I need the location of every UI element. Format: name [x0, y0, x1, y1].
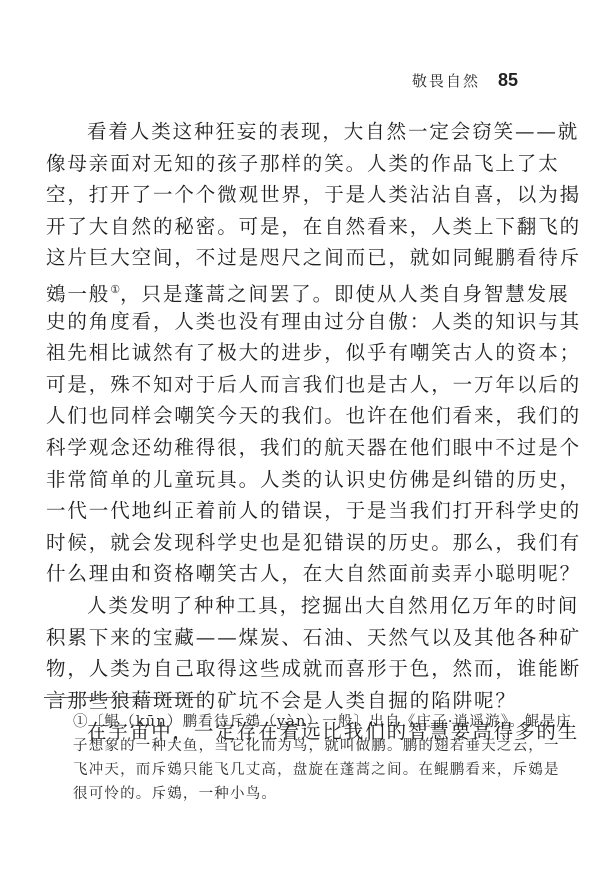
body-line: 时候，就会发现科学史也是犯错误的历史。那么，我们有	[46, 527, 520, 559]
body-line: 一代一代地纠正着前人的错误，于是当我们打开科学史的	[46, 495, 520, 527]
body-line: 积累下来的宝藏——煤炭、石油、天然气以及其他各种矿	[46, 622, 520, 654]
body-line: 史的角度看，人类也没有理由过分自傲：人类的知识与其	[46, 306, 520, 338]
text-run: ，只是蓬蒿之间罢了。即使从人类自身智慧发展	[120, 282, 569, 305]
text-run: 鴳一般	[46, 282, 110, 305]
body-line: 科学观念还幼稚得很，我们的航天器在他们眼中不过是个	[46, 432, 520, 464]
body-line: 人们也同样会嘲笑今天的我们。也许在他们看来，我们的	[46, 400, 520, 432]
body-line: 物，人类为自己取得这些成就而喜形于色，然而，谁能断	[46, 653, 520, 685]
body-line: 鴳一般①，只是蓬蒿之间罢了。即使从人类自身智慧发展	[46, 274, 520, 306]
page-number: 85	[498, 70, 518, 91]
body-line: 人类发明了种种工具，挖掘出大自然用亿万年的时间	[46, 590, 520, 622]
footnote-line: 很可怜的。斥鴳，一种小鸟。	[73, 782, 518, 806]
footnote-divider	[44, 697, 202, 698]
body-line: 什么理由和资格嘲笑古人，在大自然面前卖弄小聪明呢？	[46, 558, 520, 590]
body-line: 这片巨大空间，不过是咫尺之间而已，就如同鲲鹏看待斥	[46, 242, 520, 274]
footnote-reference[interactable]: ①	[110, 283, 120, 296]
body-line: 非常简单的儿童玩具。人类的认识史仿佛是纠错的历史，	[46, 464, 520, 496]
footnote: ①〔鲲（kūn）鹏看待斥鴳（yàn）一般〕出自《庄子·逍遥游》。鲲是庄 子想象的…	[73, 710, 518, 806]
body-line: 祖先相比诚然有了极大的进步，似乎有嘲笑古人的资本；	[46, 337, 520, 369]
body-line: 开了大自然的秘密。可是，在自然看来，人类上下翻飞的	[46, 211, 520, 243]
body-line: 空，打开了一个个微观世界，于是人类沾沾自喜，以为揭	[46, 179, 520, 211]
body-line: 看着人类这种狂妄的表现，大自然一定会窃笑——就	[46, 116, 520, 148]
section-title: 敬畏自然	[412, 70, 480, 91]
body-line: 可是，殊不知对于后人而言我们也是古人，一万年以后的	[46, 369, 520, 401]
body-line: 像母亲面对无知的孩子那样的笑。人类的作品飞上了太	[46, 148, 520, 180]
footnote-line: ①〔鲲（kūn）鹏看待斥鴳（yàn）一般〕出自《庄子·逍遥游》。鲲是庄	[73, 710, 518, 734]
footnote-line: 飞冲天，而斥鴳只能飞几丈高，盘旋在蓬蒿之间。在鲲鹏看来，斥鴳是	[73, 758, 518, 782]
body-text: 看着人类这种狂妄的表现，大自然一定会窃笑——就 像母亲面对无知的孩子那样的笑。人…	[46, 116, 520, 748]
footnote-line: 子想象的一种大鱼，当它化而为鸟，就叫做鹏。鹏的翅若垂天之云，一	[73, 734, 518, 758]
running-header: 敬畏自然 85	[412, 70, 518, 94]
